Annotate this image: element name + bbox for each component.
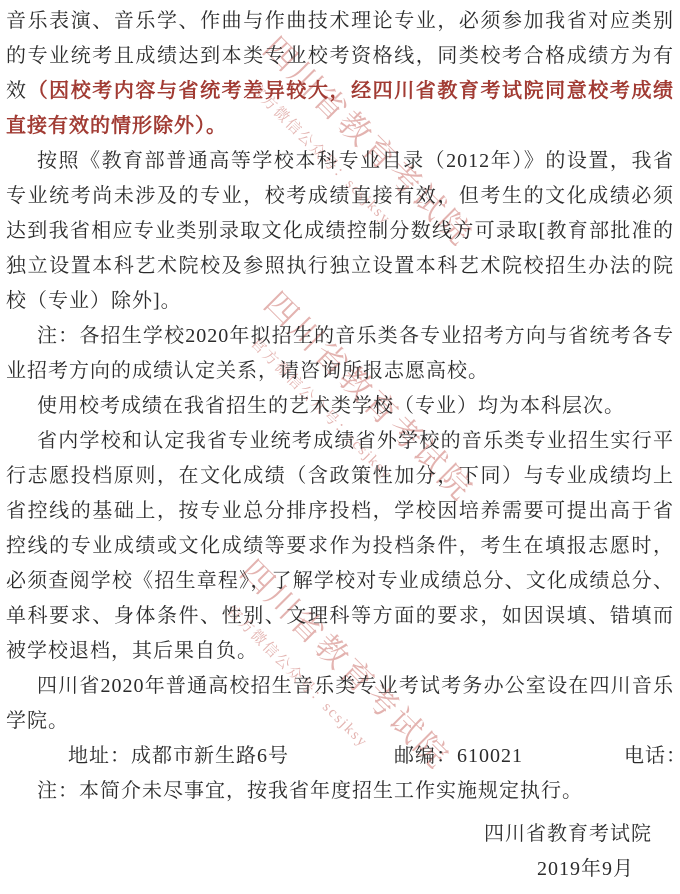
contact-postal: 邮编：610021 [363, 739, 523, 774]
paragraph: 四川省2020年普通高校招生音乐类专业考试考务办公室设在四川音乐学院。 [6, 669, 674, 739]
text-run: 省内学校和认定我省专业统考成绩省外学校的音乐类专业招生实行平行志愿投档原则，在文… [6, 430, 674, 662]
contact-line: 地址：成都市新生路6号 邮编：610021 电话：(028)85430270 [6, 739, 674, 774]
text-run: 使用校考成绩在我省招生的艺术类学校（专业）均为本科层次。 [37, 395, 625, 417]
contact-address: 地址：成都市新生路6号 [37, 739, 289, 774]
closing-note: 注：本简介未尽事宜，按我省年度招生工作实施规定执行。 [6, 774, 674, 809]
contact-phone: 电话：(028)85430270 [593, 739, 680, 774]
text-run: 按照《教育部普通高等学校本科专业目录（2012年）》的设置，我省专业统考尚未涉及… [6, 150, 674, 312]
issuer-signature: 四川省教育考试院 [6, 817, 674, 852]
paragraph: 按照《教育部普通高等学校本科专业目录（2012年）》的设置，我省专业统考尚未涉及… [6, 144, 674, 319]
issue-date: 2019年9月 [6, 852, 674, 887]
paragraph: 省内学校和认定我省专业统考成绩省外学校的音乐类专业招生实行平行志愿投档原则，在文… [6, 424, 674, 669]
paragraph: 注：各招生学校2020年拟招生的音乐类各专业招考方向与省统考各专业招考方向的成绩… [6, 319, 674, 389]
paragraph: 音乐表演、音乐学、作曲与作曲技术理论专业，必须参加我省对应类别的专业统考且成绩达… [6, 4, 674, 144]
text-run: 四川省2020年普通高校招生音乐类专业考试考务办公室设在四川音乐学院。 [6, 675, 674, 732]
document-content: 音乐表演、音乐学、作曲与作曲技术理论专业，必须参加我省对应类别的专业统考且成绩达… [0, 0, 680, 887]
text-run: 注：各招生学校2020年拟招生的音乐类各专业招考方向与省统考各专业招考方向的成绩… [6, 325, 674, 382]
emphasis-text-run: （因校考内容与省统考差异较大，经四川省教育考试院同意校考成绩直接有效的情形除外）… [6, 80, 674, 137]
paragraph: 使用校考成绩在我省招生的艺术类学校（专业）均为本科层次。 [6, 389, 674, 424]
paragraph-container: 音乐表演、音乐学、作曲与作曲技术理论专业，必须参加我省对应类别的专业统考且成绩达… [6, 4, 674, 739]
document-page: 四川省教育考试院官方微信公众号：scsjksy四川省教育考试院官方微信公众号：s… [0, 0, 680, 894]
